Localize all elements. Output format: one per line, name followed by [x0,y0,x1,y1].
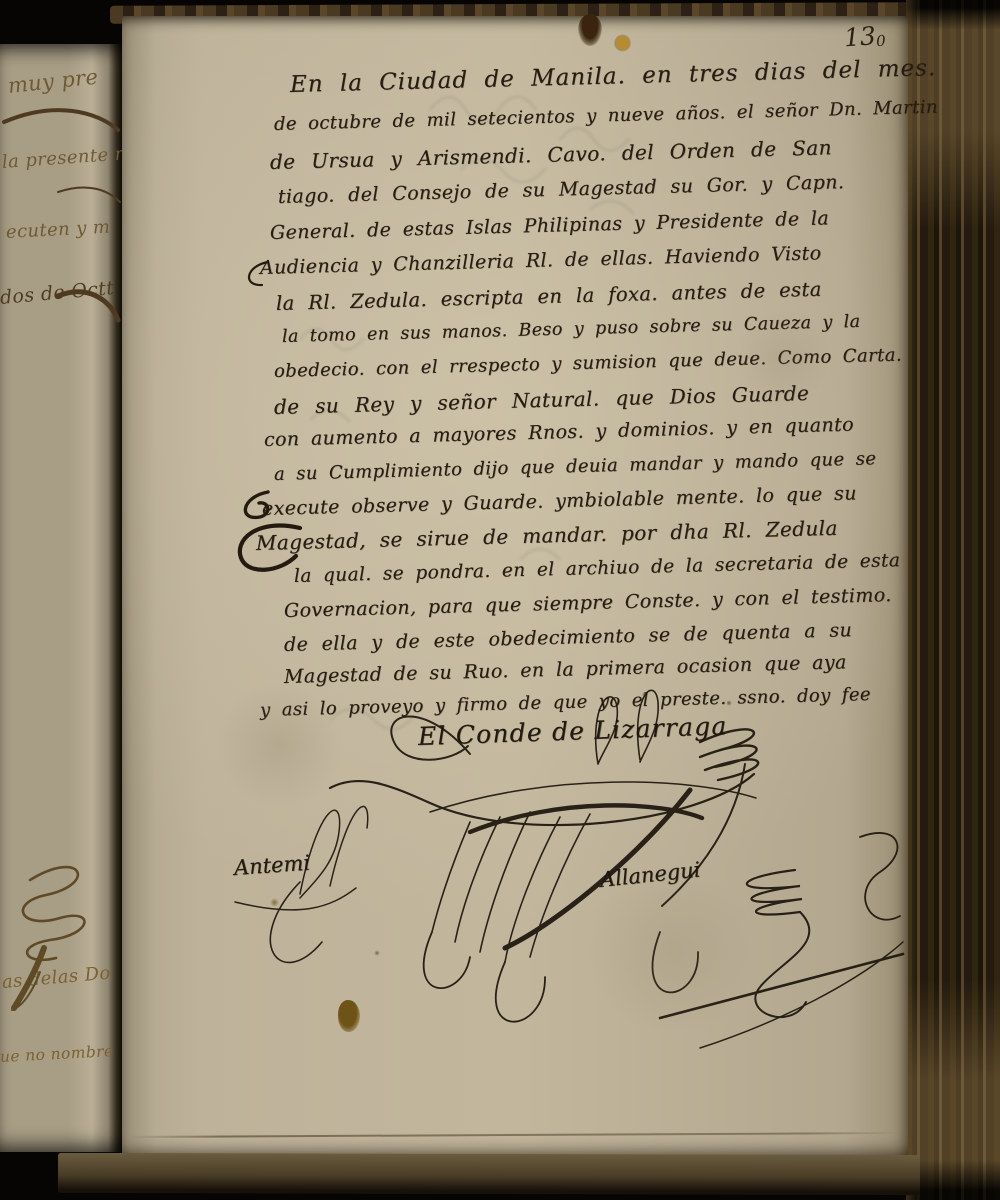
manuscript-line-5: General. de estas Islas Philipinas y Pre… [270,209,830,243]
left-page-edge: muy pre la presente m ecuten y m dos de … [0,44,122,1152]
notary-name-text: Allanegui [599,858,702,892]
manuscript-page: 130 En la Ciudad de Manila. en tres dias… [122,16,908,1156]
governor-signature: El Conde de Lizarraga [417,711,727,751]
manuscript-line-4: tiago. del Consejo de su Magestad su Gor… [278,173,845,207]
manuscript-line-1: En la Ciudad de Manila. en tres dias del… [290,57,937,97]
manuscript-line-8: la tomo en sus manos. Beso y puso sobre … [282,314,861,347]
folio-digits: 13 [843,21,877,52]
verso-text-fragment: la presente m [1,143,133,173]
ink-stain [578,14,602,46]
manuscript-line-7: la Rl. Zedula. escripta en la foxa. ante… [276,280,822,314]
paper-stain [338,1000,360,1032]
notary-antemi-text: Antemi [233,851,311,880]
paper-speck [270,898,279,907]
manuscript-line-15: la qual. se pondra. en el archiuo de la … [294,552,901,586]
manuscript-line-2: de octubre de mil setecientos y nueve añ… [274,99,938,134]
page-crease [128,1132,898,1138]
manuscript-line-10: de su Rey y señor Natural. que Dios Guar… [274,383,810,417]
ink-speck [642,692,647,697]
book-bottom-edge [58,1153,920,1195]
manuscript-line-3: de Ursua y Arismendi. Cavo. del Orden de… [270,137,832,172]
verso-text-fragment: ecuten y m [5,217,110,243]
wax-stain [614,34,631,52]
manuscript-line-13: execute observe y Guarde. ymbiolable men… [262,484,857,519]
manuscript-line-11: con aumento a mayores Rnos. y dominios. … [264,416,854,450]
manuscript-line-6: Audiencia y Chanzilleria Rl. de ellas. H… [260,244,822,278]
manuscript-line-9: obedecio. con el rrespecto y sumision qu… [274,347,902,381]
manuscript-line-16: Governacion, para que siempre Conste. y … [284,586,892,621]
folio-small-digit: 0 [876,32,887,51]
ink-speck [726,700,732,706]
folio-number: 130 [843,21,886,53]
manuscript-line-17: de ella y de este obedecimiento se de qu… [284,621,853,655]
verso-text-fragment: ue no nombre [0,1042,114,1066]
book-fore-edge [906,0,1000,1200]
manuscript-line-19: y asi lo proveyo y firmo de que yo el pr… [260,686,871,720]
verso-text-fragment: dos de Octt [0,277,115,309]
paper-speck [374,950,380,956]
manuscript-line-14: Magestad, se sirue de mandar. por dha Rl… [256,518,838,553]
verso-text-fragment: as delas Do [1,963,111,993]
manuscript-line-18: Magestad de su Ruo. en la primera ocasio… [284,653,847,687]
manuscript-photo: muy pre la presente m ecuten y m dos de … [0,0,1000,1200]
verso-text-fragment: muy pre [7,65,100,98]
manuscript-line-12: a su Cumplimiento dijo que deuia mandar … [274,450,877,484]
